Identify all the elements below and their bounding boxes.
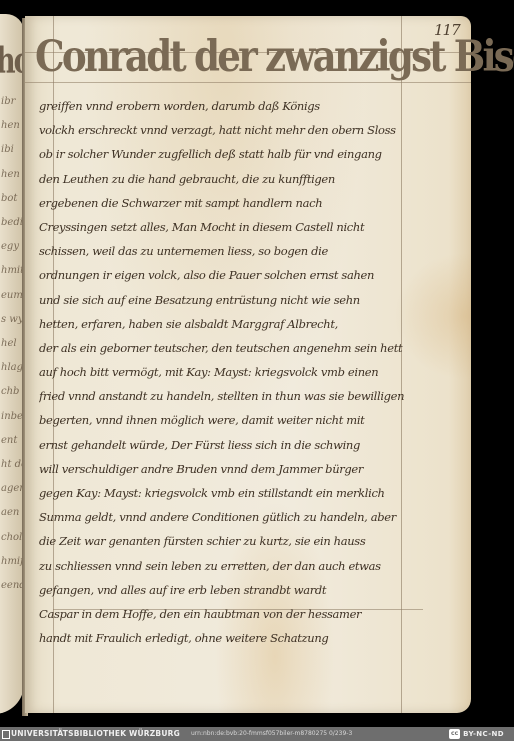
left-facing-page: hof ibrhenibihenbotbediebegyhmiteumys wy…	[0, 14, 24, 714]
left-page-line: chol	[1, 532, 22, 543]
manuscript-text-block: greiffen vnnd erobern worden, darumb daß…	[39, 94, 404, 650]
left-page-line: inbe	[1, 411, 23, 422]
left-page-line: hel	[1, 338, 17, 349]
left-page-line: ent	[1, 435, 17, 446]
manuscript-line: gegen Kay: Mayst: kriegsvolck vmb ein st…	[39, 481, 404, 505]
image-viewer: hof ibrhenibihenbotbediebegyhmiteumys wy…	[0, 0, 514, 727]
manuscript-line: die Zeit war genanten fürsten schier zu …	[39, 529, 404, 553]
manuscript-line: zu schliessen vnnd sein leben zu errette…	[39, 554, 404, 578]
manuscript-line: fried vnnd anstandt zu handeln, stellten…	[39, 384, 404, 408]
manuscript-line: handt mit Fraulich erledigt, ohne weiter…	[39, 626, 404, 650]
left-page-line: hen	[1, 120, 20, 131]
manuscript-line: der als ein geborner teutscher, den teut…	[39, 336, 404, 360]
left-page-line: ibr	[1, 96, 15, 107]
urn-identifier[interactable]: urn:nbn:de:bvb:20-fmmsf057biler-m8780275…	[191, 729, 352, 739]
folio-number: 117	[434, 21, 460, 39]
left-page-line: ibi	[1, 144, 14, 155]
left-page-line: aen	[1, 507, 19, 518]
manuscript-line: ob ir solcher Wunder zugfellich deß stat…	[39, 142, 404, 166]
left-page-line: bot	[1, 193, 17, 204]
left-page-line: hen	[1, 169, 20, 180]
left-page-line: hmif	[1, 556, 24, 567]
manuscript-line: Caspar in dem Hoffe, den ein haubtman vo…	[39, 602, 404, 626]
footer-bar: UNIVERSITÄTSBIBLIOTHEK WÜRZBURG urn:nbn:…	[0, 727, 514, 741]
left-page-line: hlag	[1, 362, 23, 373]
license-badge[interactable]: cc BY-NC-ND	[449, 729, 504, 739]
manuscript-page: Conradt der zwanzigst Bischof 117 greiff…	[25, 16, 471, 713]
left-page-line: hmit	[1, 265, 24, 276]
manuscript-line: und sie sich auf eine Besatzung entrüstu…	[39, 288, 404, 312]
license-label: BY-NC-ND	[463, 730, 504, 738]
page-heading: Conradt der zwanzigst Bischof	[35, 24, 379, 91]
library-logo-icon	[2, 730, 10, 739]
left-page-line: egy	[1, 241, 19, 252]
left-page-line: chb	[1, 386, 19, 397]
manuscript-line: hetten, erfaren, haben sie alsbaldt Marg…	[39, 312, 404, 336]
manuscript-line: den Leuthen zu die hand gebraucht, die z…	[39, 167, 404, 191]
manuscript-line: schissen, weil das zu unternemen liess, …	[39, 239, 404, 263]
library-name: UNIVERSITÄTSBIBLIOTHEK WÜRZBURG	[11, 729, 180, 739]
manuscript-line: gefangen, vnd alles auf ire erb leben st…	[39, 578, 404, 602]
manuscript-line: ernst gehandelt würde, Der Fürst liess s…	[39, 433, 404, 457]
manuscript-line: begerten, vnnd ihnen möglich were, damit…	[39, 408, 404, 432]
manuscript-line: volckh erschreckt vnnd verzagt, hatt nic…	[39, 118, 404, 142]
manuscript-line: Summa geldt, vnnd andere Conditionen güt…	[39, 505, 404, 529]
manuscript-line: ordnungen ir eigen volck, also die Pauer…	[39, 263, 404, 287]
manuscript-line: ergebenen die Schwarzer mit sampt handle…	[39, 191, 404, 215]
manuscript-line: auf hoch bitt vermögt, mit Kay: Mayst: k…	[39, 360, 404, 384]
manuscript-line: greiffen vnnd erobern worden, darumb daß…	[39, 94, 404, 118]
manuscript-line: Creyssingen setzt alles, Man Mocht in di…	[39, 215, 404, 239]
creative-commons-icon: cc	[449, 729, 460, 739]
library-logo[interactable]: UNIVERSITÄTSBIBLIOTHEK WÜRZBURG	[2, 729, 180, 739]
manuscript-line: will verschuldiger andre Bruden vnnd dem…	[39, 457, 404, 481]
